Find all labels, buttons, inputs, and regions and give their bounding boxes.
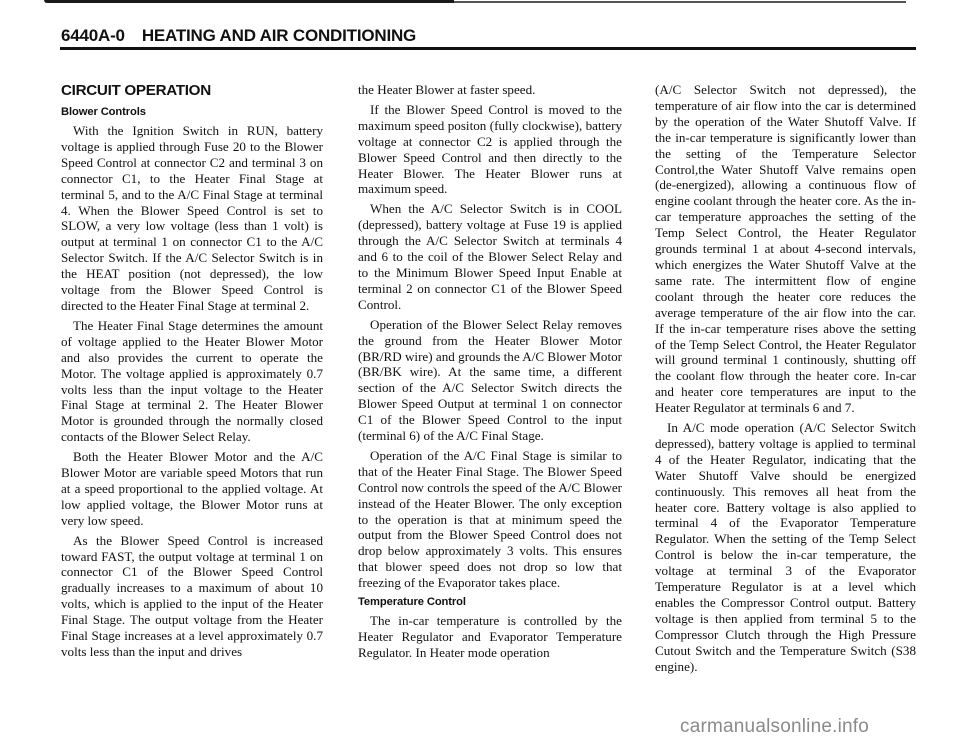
paragraph: Operation of the A/C Final Stage is simi… bbox=[358, 448, 622, 591]
paragraph: The Heater Final Stage determines the am… bbox=[61, 318, 323, 445]
scan-top-edge-rule-thin bbox=[454, 1, 906, 3]
paragraph: If the Blower Speed Control is moved to … bbox=[358, 102, 622, 197]
header-rule bbox=[60, 47, 916, 50]
paragraph: When the A/C Selector Switch is in COOL … bbox=[358, 201, 622, 312]
text-column-1: CIRCUIT OPERATION Blower Controls With t… bbox=[61, 82, 323, 664]
paragraph: With the Ignition Switch in RUN, battery… bbox=[61, 123, 323, 314]
text-column-2: the Heater Blower at faster speed. If th… bbox=[358, 82, 622, 665]
paragraph: In A/C mode operation (A/C Selector Swit… bbox=[655, 420, 916, 675]
section-title: CIRCUIT OPERATION bbox=[61, 82, 323, 99]
page-header: 6440A-0HEATING AND AIR CONDITIONING bbox=[61, 26, 916, 48]
text-column-3: (A/C Selector Switch not depressed), the… bbox=[655, 82, 916, 679]
scan-top-edge-rule bbox=[44, 0, 454, 3]
paragraph-continued: the Heater Blower at faster speed. bbox=[358, 82, 622, 98]
paragraph: As the Blower Speed Control is increased… bbox=[61, 533, 323, 660]
paragraph-continued: (A/C Selector Switch not depressed), the… bbox=[655, 82, 916, 416]
paragraph: Operation of the Blower Select Relay rem… bbox=[358, 317, 622, 444]
subheading-blower-controls: Blower Controls bbox=[61, 105, 323, 119]
section-code: 6440A-0 bbox=[61, 26, 125, 46]
paragraph: Both the Heater Blower Motor and the A/C… bbox=[61, 449, 323, 529]
header-title: HEATING AND AIR CONDITIONING bbox=[142, 26, 416, 45]
paragraph: The in-car temperature is controlled by … bbox=[358, 613, 622, 661]
subheading-temperature-control: Temperature Control bbox=[358, 595, 622, 609]
watermark: carmanualsonline.info bbox=[680, 716, 869, 738]
